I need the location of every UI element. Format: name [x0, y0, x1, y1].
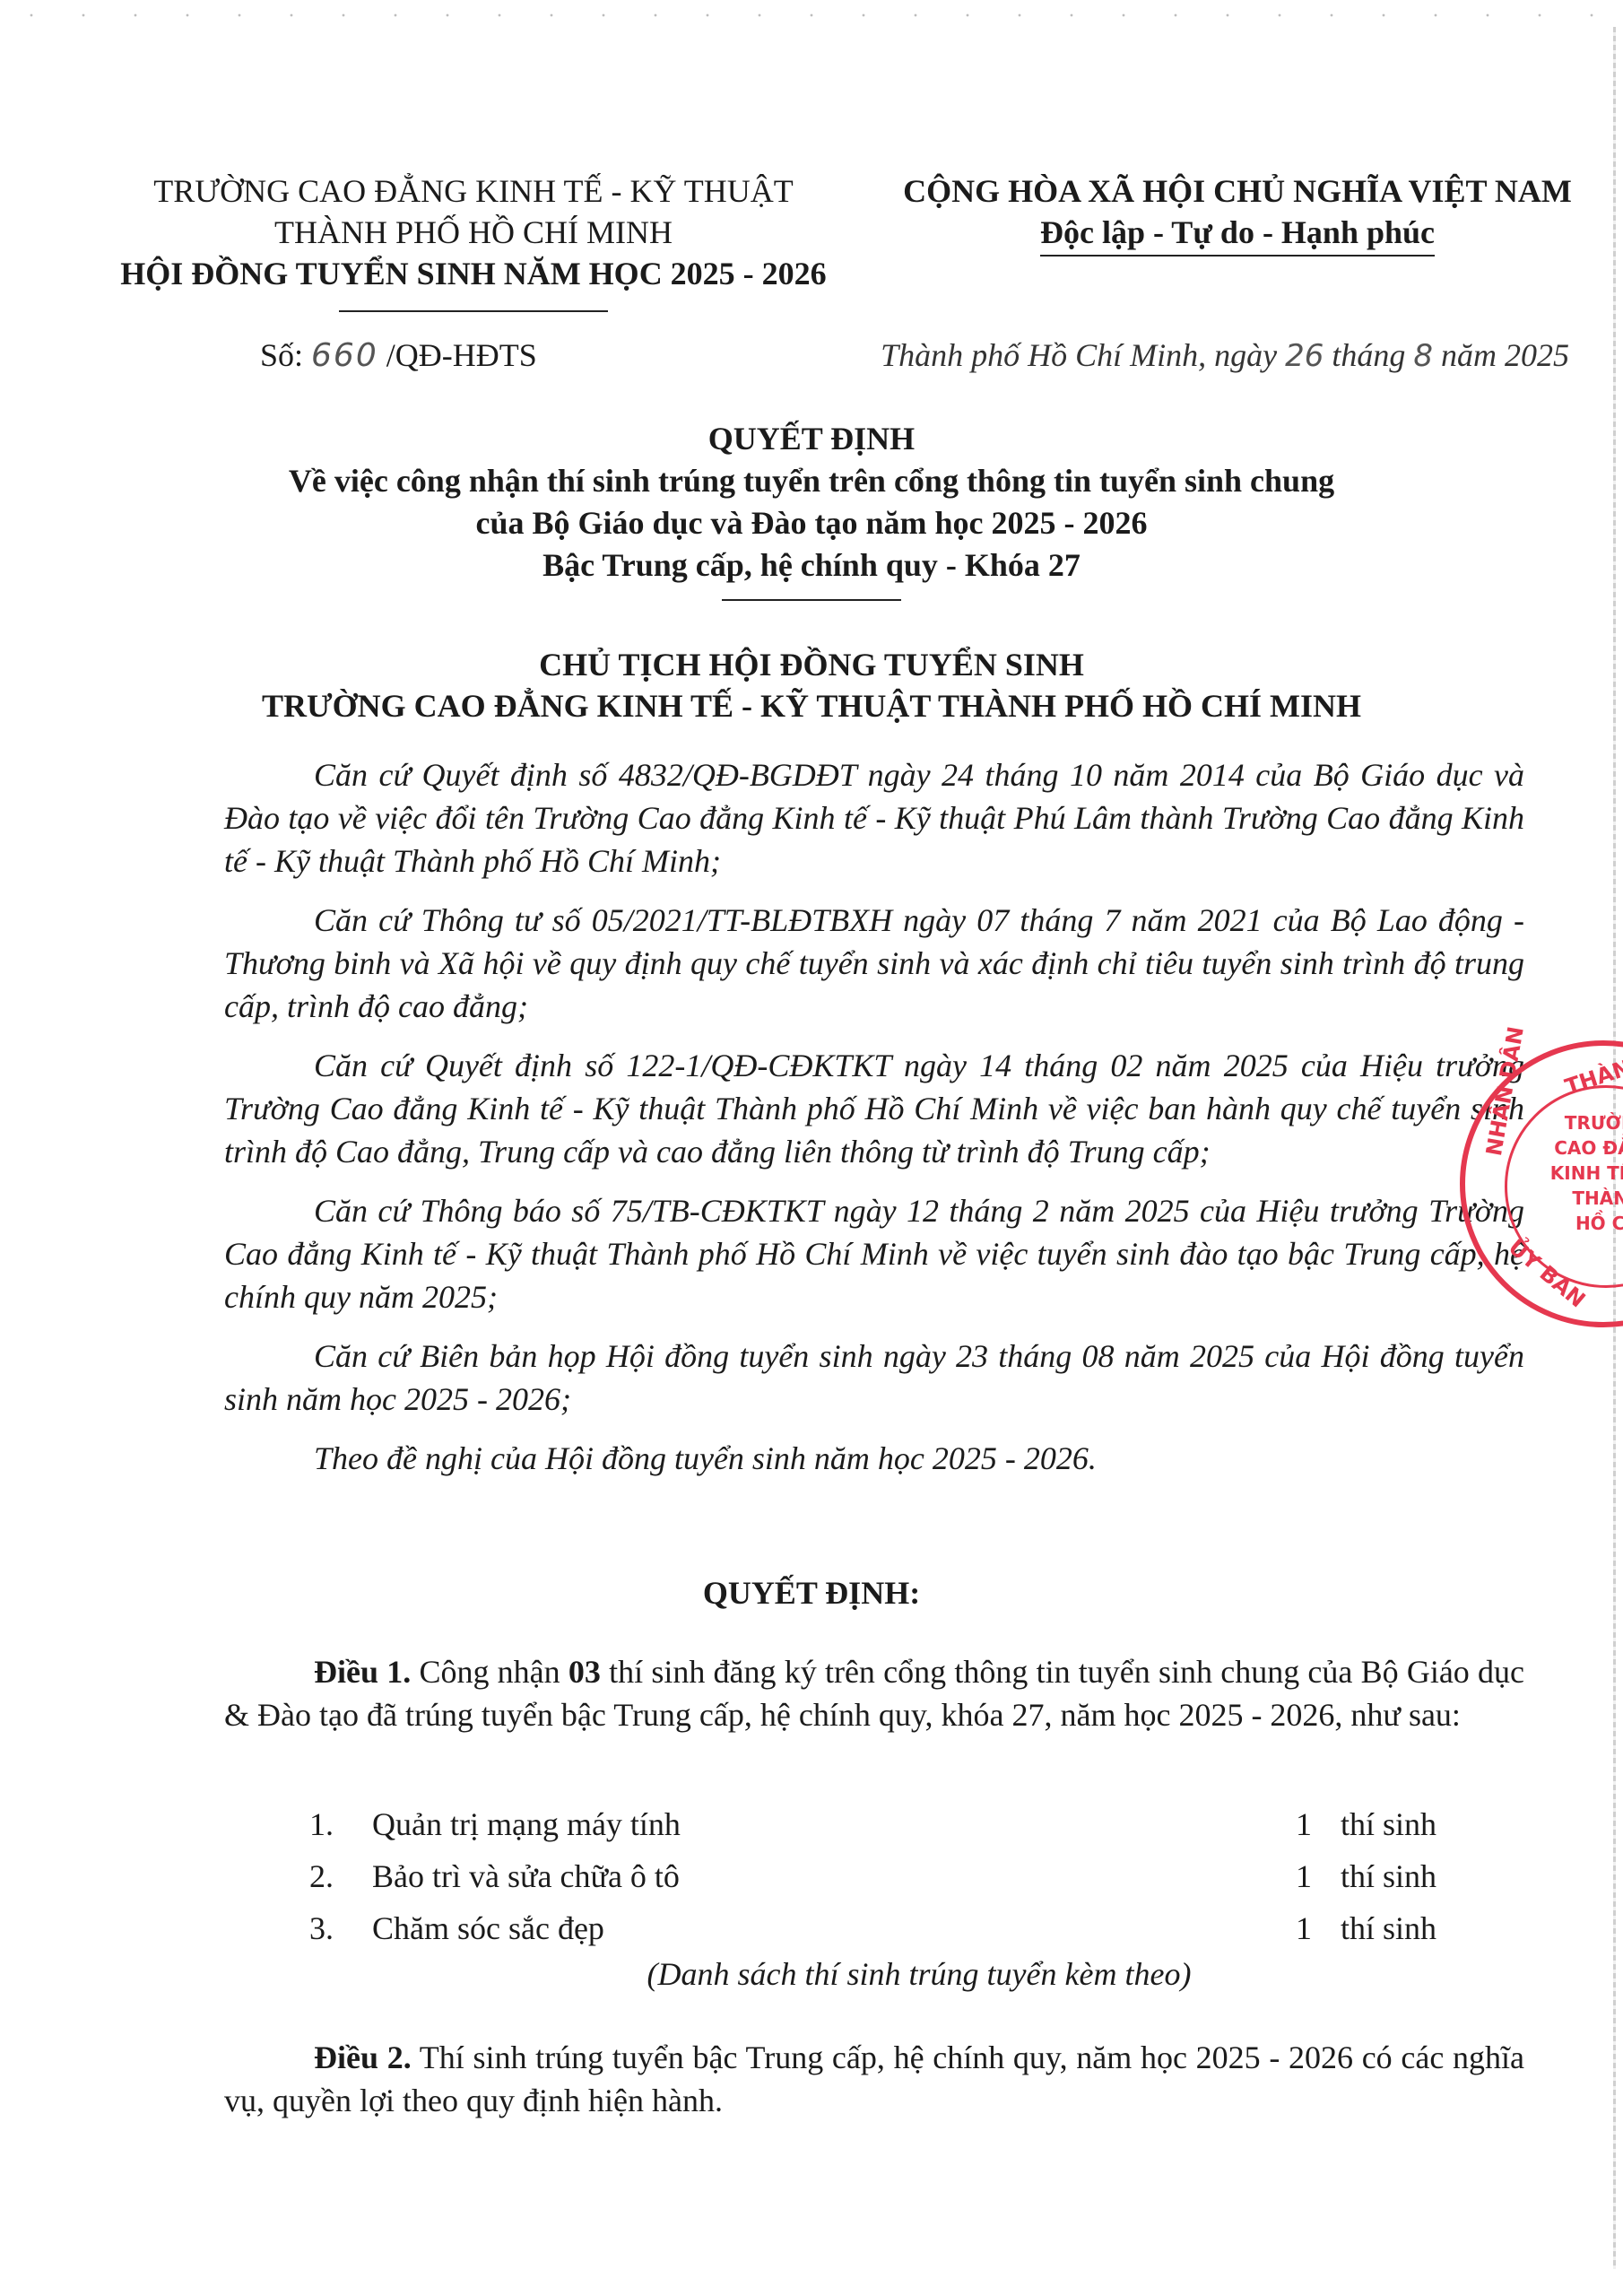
- title-heading: QUYẾT ĐỊNH: [126, 418, 1497, 460]
- basis-item: Căn cứ Quyết định số 4832/QĐ-BGDĐT ngày …: [224, 753, 1524, 883]
- list-item: 1. Quản trị mạng máy tính 1 thí sinh: [309, 1798, 1457, 1850]
- title-divider: [722, 599, 901, 601]
- major-name: Quản trị mạng máy tính: [372, 1805, 1296, 1843]
- national-motto: Độc lập - Tự do - Hạnh phúc: [1040, 212, 1435, 257]
- basis-item: Căn cứ Thông báo số 75/TB-CĐKTKT ngày 12…: [224, 1189, 1524, 1318]
- major-count: 1: [1296, 1857, 1341, 1895]
- major-unit: thí sinh: [1341, 1857, 1457, 1895]
- basis-item: Căn cứ Thông tư số 05/2021/TT-BLĐTBXH ng…: [224, 899, 1524, 1028]
- seal-line: HỒ CH: [1523, 1211, 1623, 1236]
- document-number: Số: 660 /QĐ-HĐTS: [260, 336, 537, 374]
- article-1: Điều 1. Công nhận 03 thí sinh đăng ký tr…: [224, 1650, 1524, 1736]
- document-date: Thành phố Hồ Chí Minh, ngày 26 tháng 8 n…: [861, 336, 1569, 374]
- doc-number-suffix: /QĐ-HĐTS: [386, 337, 537, 373]
- doc-number-prefix: Số:: [260, 337, 303, 373]
- date-year: năm 2025: [1441, 337, 1569, 373]
- major-name: Bảo trì và sửa chữa ô tô: [372, 1857, 1296, 1895]
- major-count: 1: [1296, 1805, 1341, 1843]
- decision-title: QUYẾT ĐỊNH Về việc công nhận thí sinh tr…: [126, 418, 1497, 601]
- document-page: TRƯỜNG CAO ĐẲNG KINH TẾ - KỸ THUẬT THÀNH…: [0, 0, 1623, 2296]
- nation-name: CỘNG HÒA XÃ HỘI CHỦ NGHĨA VIỆT NAM: [879, 170, 1596, 212]
- seal-line: THÀNH: [1523, 1186, 1623, 1211]
- major-number: 2.: [309, 1857, 372, 1895]
- admitted-majors-list: 1. Quản trị mạng máy tính 1 thí sinh 2. …: [309, 1798, 1457, 1954]
- issuing-authority: CHỦ TỊCH HỘI ĐỒNG TUYỂN SINH TRƯỜNG CAO …: [126, 644, 1497, 726]
- attached-list-note: (Danh sách thí sinh trúng tuyển kèm theo…: [126, 1955, 1497, 1993]
- org-name-line1: TRƯỜNG CAO ĐẲNG KINH TẾ - KỸ THUẬT: [106, 170, 841, 212]
- major-number: 1.: [309, 1805, 372, 1843]
- title-line1: Về việc công nhận thí sinh trúng tuyển t…: [126, 460, 1497, 502]
- legal-basis: Căn cứ Quyết định số 4832/QĐ-BGDĐT ngày …: [224, 753, 1524, 1496]
- issuing-organization: TRƯỜNG CAO ĐẲNG KINH TẾ - KỸ THUẬT THÀNH…: [106, 170, 841, 312]
- council-name: HỘI ĐỒNG TUYỂN SINH NĂM HỌC 2025 - 2026: [106, 253, 841, 294]
- national-header: CỘNG HÒA XÃ HỘI CHỦ NGHĨA VIỆT NAM Độc l…: [879, 170, 1596, 257]
- major-unit: thí sinh: [1341, 1909, 1457, 1947]
- authority-line1: CHỦ TỊCH HỘI ĐỒNG TUYỂN SINH: [126, 644, 1497, 685]
- article-1-count: 03: [568, 1654, 601, 1690]
- seal-line: CAO ĐẲNG: [1523, 1135, 1623, 1161]
- major-count: 1: [1296, 1909, 1341, 1947]
- date-place: Thành phố Hồ Chí Minh, ngày: [881, 337, 1277, 373]
- list-item: 3. Chăm sóc sắc đẹp 1 thí sinh: [309, 1902, 1457, 1954]
- major-name: Chăm sóc sắc đẹp: [372, 1909, 1296, 1947]
- title-line3: Bậc Trung cấp, hệ chính quy - Khóa 27: [126, 544, 1497, 587]
- header-divider: [339, 310, 608, 312]
- article-2: Điều 2. Thí sinh trúng tuyển bậc Trung c…: [224, 2036, 1524, 2122]
- basis-item: Theo đề nghị của Hội đồng tuyển sinh năm…: [224, 1437, 1524, 1480]
- major-unit: thí sinh: [1341, 1805, 1457, 1843]
- date-day: 26: [1285, 338, 1324, 374]
- decision-heading: QUYẾT ĐỊNH:: [126, 1574, 1497, 1612]
- major-number: 3.: [309, 1909, 372, 1947]
- doc-number-value: 660: [311, 337, 378, 374]
- article-1-label: Điều 1.: [314, 1654, 411, 1690]
- seal-center-text: TRƯỜNG CAO ĐẲNG KINH TẾ - K THÀNH HỒ CH: [1523, 1110, 1623, 1236]
- article-1-text-before: Công nhận: [419, 1654, 560, 1690]
- date-month: 8: [1413, 338, 1433, 374]
- basis-item: Căn cứ Quyết định số 122-1/QĐ-CĐKTKT ngà…: [224, 1044, 1524, 1173]
- article-2-label: Điều 2.: [314, 2039, 412, 2075]
- scan-artifact-top: [0, 0, 1623, 30]
- basis-item: Căn cứ Biên bản họp Hội đồng tuyển sinh …: [224, 1335, 1524, 1421]
- org-name-line2: THÀNH PHỐ HỒ CHÍ MINH: [106, 212, 841, 253]
- authority-line2: TRƯỜNG CAO ĐẲNG KINH TẾ - KỸ THUẬT THÀNH…: [126, 685, 1497, 726]
- seal-line: TRƯỜNG: [1523, 1110, 1623, 1135]
- seal-line: KINH TẾ - K: [1523, 1161, 1623, 1186]
- article-2-text: Thí sinh trúng tuyển bậc Trung cấp, hệ c…: [224, 2039, 1524, 2118]
- title-line2: của Bộ Giáo dục và Đào tạo năm học 2025 …: [126, 502, 1497, 544]
- date-month-label: tháng: [1332, 337, 1405, 373]
- list-item: 2. Bảo trì và sửa chữa ô tô 1 thí sinh: [309, 1850, 1457, 1902]
